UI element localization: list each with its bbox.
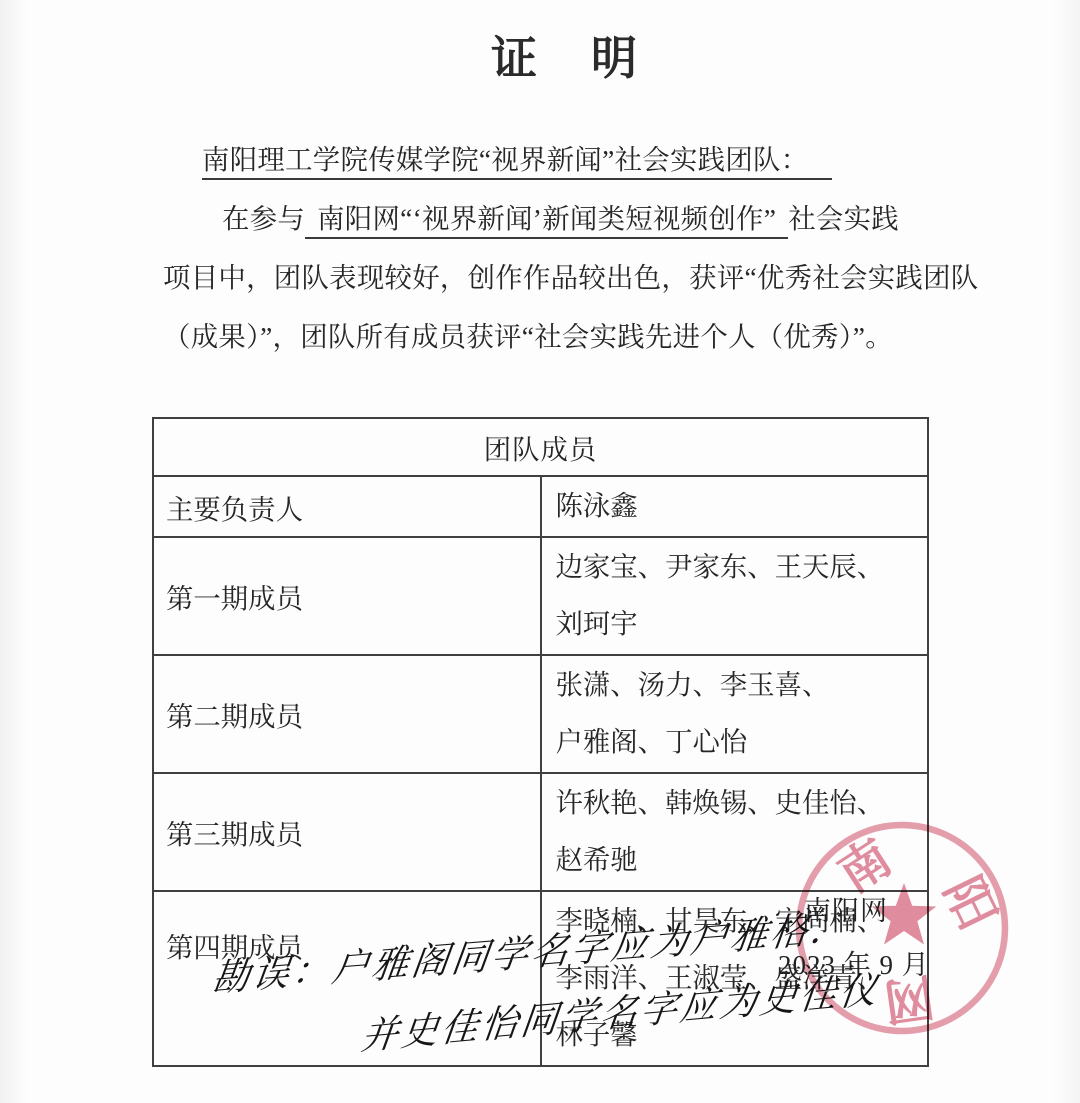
line2-prefix: 在参与	[222, 204, 305, 234]
table-title: 团队成员	[153, 418, 928, 476]
certificate-body: 南阳理工学院传媒学院“视界新闻”社会实践团队： 在参与南阳网“‘视界新闻’新闻类…	[163, 131, 953, 367]
row-label: 主要负责人	[153, 476, 541, 537]
project-name-underlined: 南阳网“‘视界新闻’新闻类短视频创作”	[305, 204, 788, 239]
table-header-row: 团队成员	[153, 418, 928, 476]
row-value: 边家宝、尹家东、王天辰、刘珂宇	[541, 537, 929, 655]
body-line-4: （成果）”，团队所有成员获评“社会实践先进个人（优秀）”。	[163, 308, 953, 367]
row-label: 第三期成员	[153, 773, 541, 891]
page-title: 证 明	[0, 22, 1080, 88]
row-label: 第一期成员	[153, 537, 541, 655]
line2-suffix: 社会实践	[788, 204, 899, 234]
row-value: 张潇、汤力、李玉喜、户雅阁、丁心怡	[541, 655, 929, 773]
salutation-line: 南阳理工学院传媒学院“视界新闻”社会实践团队：	[163, 131, 953, 190]
body-line-3: 项目中，团队表现较好，创作作品较出色，获评“优秀社会实践团队	[163, 249, 953, 308]
table-row: 主要负责人 陈泳鑫	[153, 476, 928, 537]
body-line-2: 在参与南阳网“‘视界新闻’新闻类短视频创作”社会实践	[163, 190, 953, 249]
team-name-underlined: 南阳理工学院传媒学院“视界新闻”社会实践团队：	[202, 145, 832, 180]
row-value: 陈泳鑫	[541, 476, 929, 537]
certificate-page: 证 明 南阳理工学院传媒学院“视界新闻”社会实践团队： 在参与南阳网“‘视界新闻…	[0, 0, 1080, 1103]
row-label: 第二期成员	[153, 655, 541, 773]
table-row: 第一期成员 边家宝、尹家东、王天辰、刘珂宇	[153, 537, 928, 655]
table-row: 第二期成员 张潇、汤力、李玉喜、户雅阁、丁心怡	[153, 655, 928, 773]
